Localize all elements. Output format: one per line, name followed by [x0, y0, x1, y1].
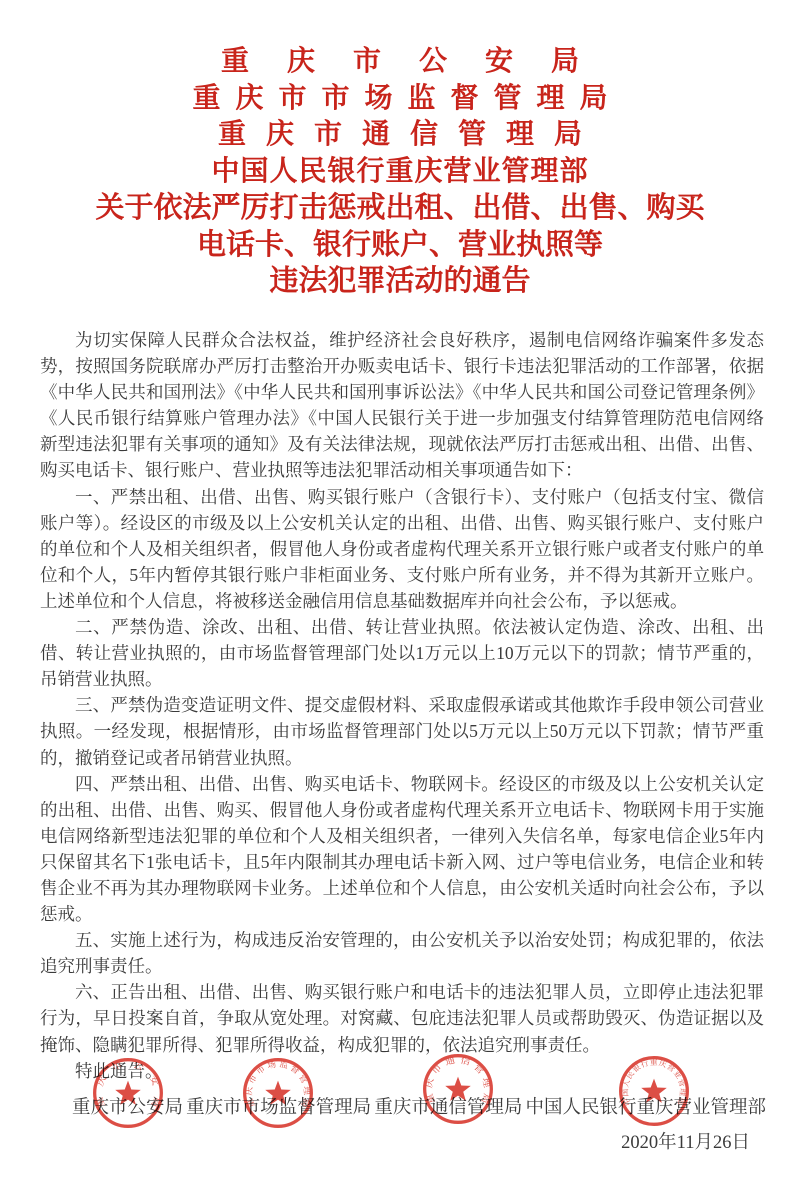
- official-seal-icon-2: 重庆市市场监督管理局: [242, 1057, 314, 1129]
- issuing-agency-line-3: 重庆市通信管理局: [0, 117, 800, 154]
- official-seal-icon-1: 重庆市公安局: [92, 1057, 164, 1129]
- clause-5-paragraph: 五、实施上述行为，构成违反治安管理的，由公安机关予以治安处罚；构成犯罪的，依法追…: [40, 927, 764, 979]
- clause-4-paragraph: 四、严禁出租、出借、出售、购买电话卡、物联网卡。经设区的市级及以上公安机关认定的…: [40, 771, 764, 928]
- official-seal-icon-3: 重庆市通信管理局: [422, 1053, 494, 1125]
- star-icon: [265, 1081, 291, 1105]
- official-notice-document: 重庆市公安局 重庆市市场监督管理局 重庆市通信管理局 中国人民银行重庆营业管理部…: [0, 0, 800, 1200]
- notice-title-line-2: 电话卡、银行账户、营业执照等: [0, 227, 800, 264]
- notice-title-line-1: 关于依法严厉打击惩戒出租、出借、出售、购买: [0, 190, 800, 227]
- clause-3-paragraph: 三、严禁伪造变造证明文件、提交虚假材料、采取虚假承诺或其他欺诈手段申领公司营业执…: [40, 692, 764, 770]
- issuing-agency-line-2: 重庆市市场监督管理局: [0, 81, 800, 118]
- notice-title-line-3: 违法犯罪活动的通告: [0, 263, 800, 300]
- intro-paragraph: 为切实保障人民群众合法权益，维护经济社会良好秩序，遏制电信网络诈骗案件多发态势，…: [40, 327, 764, 484]
- issuing-agency-line-1: 重庆市公安局: [0, 44, 800, 81]
- star-icon: [445, 1077, 471, 1101]
- star-icon: [641, 1079, 667, 1103]
- clause-2-paragraph: 二、严禁伪造、涂改、出租、出借、转让营业执照。依法被认定伪造、涂改、出租、出借、…: [40, 614, 764, 692]
- clause-6-paragraph: 六、正告出租、出借、出售、购买银行账户和电话卡的违法犯罪人员，立即停止违法犯罪行…: [40, 979, 764, 1057]
- star-icon: [115, 1081, 141, 1105]
- issuing-agency-line-4: 中国人民银行重庆营业管理部: [0, 154, 800, 191]
- official-seal-icon-4: 中国人民银行重庆营业管理部: [618, 1055, 690, 1127]
- document-date: 2020年11月26日: [621, 1128, 750, 1154]
- title-block: 重庆市公安局 重庆市市场监督管理局 重庆市通信管理局 中国人民银行重庆营业管理部…: [0, 44, 800, 300]
- notice-body: 为切实保障人民群众合法权益，维护经济社会良好秩序，遏制电信网络诈骗案件多发态势，…: [40, 327, 764, 1084]
- clause-1-paragraph: 一、严禁出租、出借、出售、购买银行账户（含银行卡）、支付账户（包括支付宝、微信账…: [40, 484, 764, 614]
